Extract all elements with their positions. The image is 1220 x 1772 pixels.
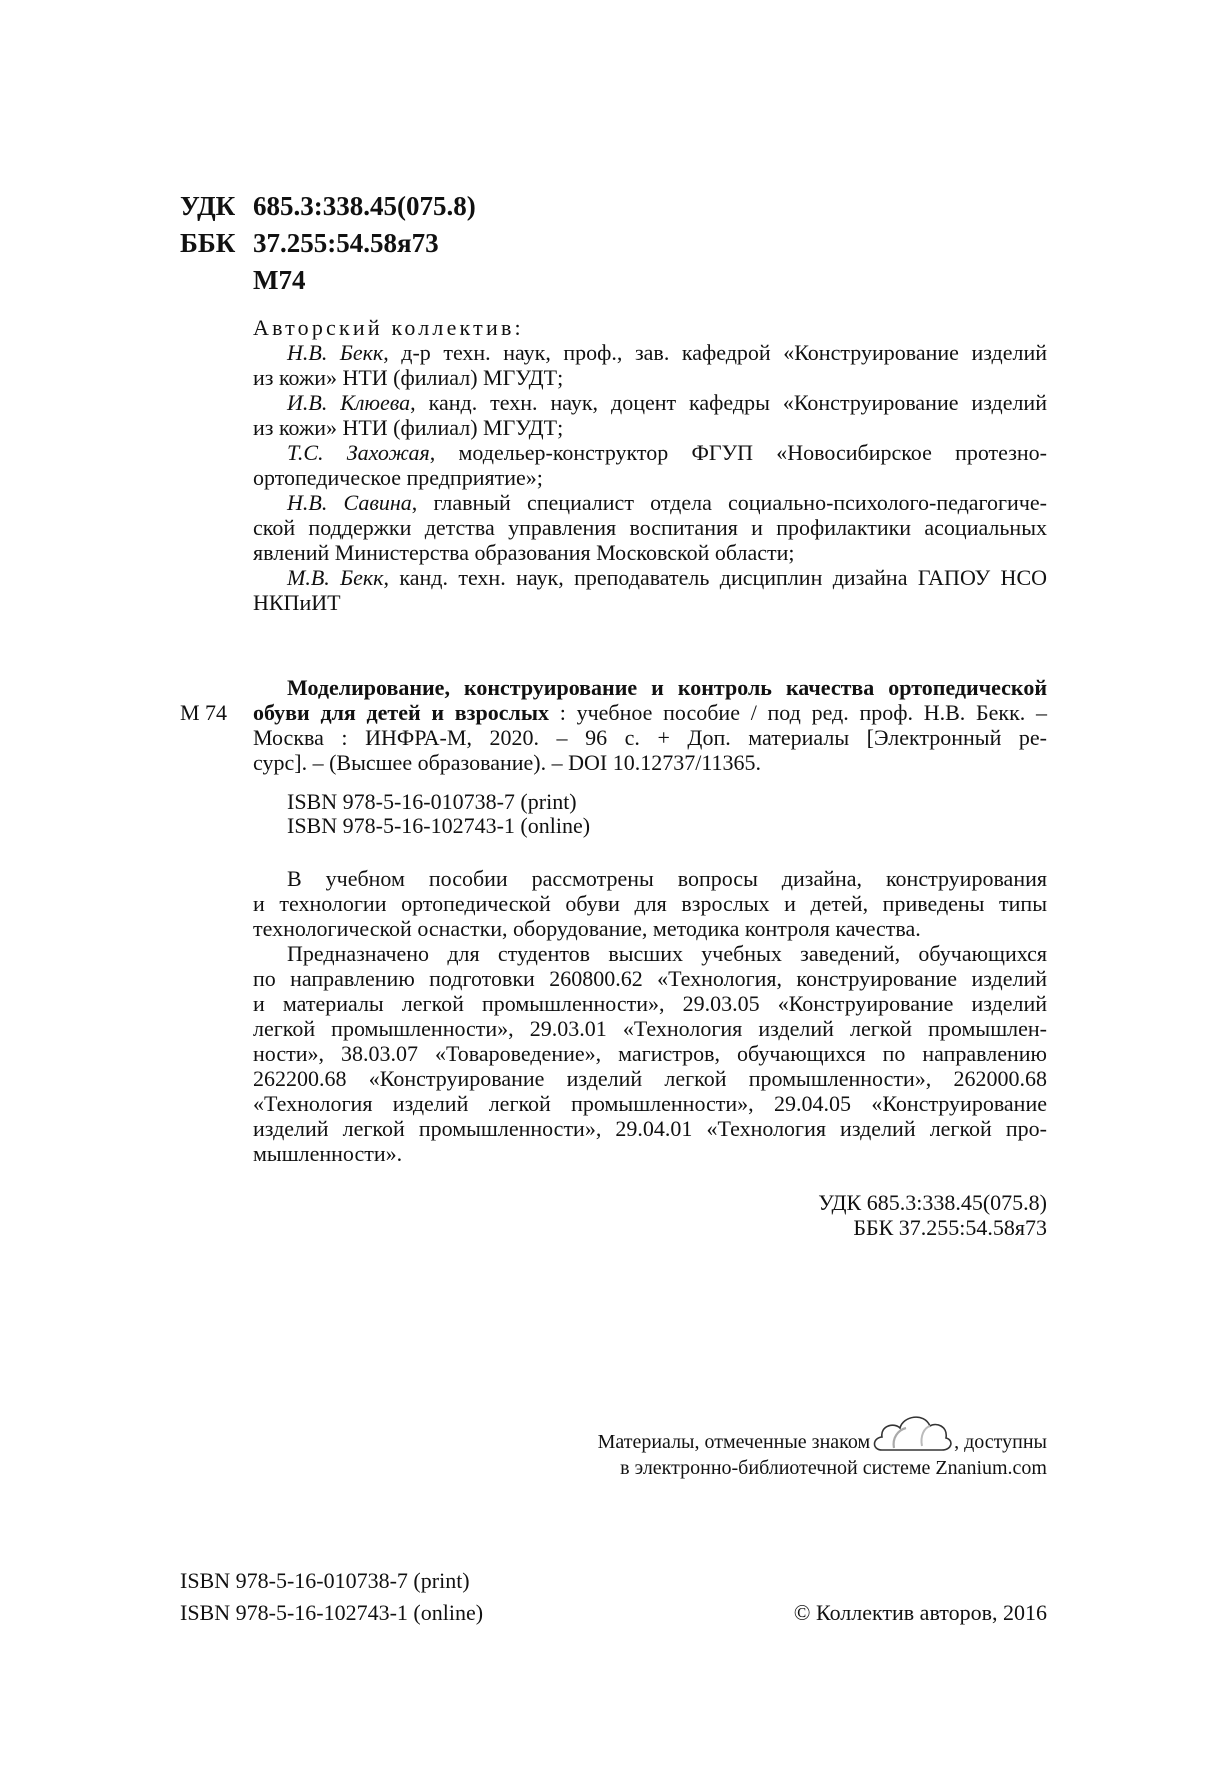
record-title-cont: обуви для детей и взрослых : учебное пос… — [253, 700, 1047, 725]
classification-footer: УДК 685.3:338.45(075.8) ББК 37.255:54.58… — [818, 1190, 1047, 1240]
record-title: Моделирование, конструирование и контрол… — [253, 675, 1047, 700]
author-name: Н.В. Савина — [287, 490, 412, 515]
footer-isbn-print: ISBN 978-5-16-010738-7 (print) — [180, 1565, 483, 1597]
author-entry: Н.В. Бекк, д-р техн. наук, проф., зав. к… — [253, 340, 1047, 365]
abstract-line: В учебном пособии рассмотрены вопросы ди… — [253, 866, 1047, 891]
abstract-line: и материалы легкой промышленности», 29.0… — [253, 991, 1047, 1016]
udk-label: УДК — [180, 187, 235, 225]
bbk-value: 37.255:54.58я73 — [253, 224, 439, 262]
author-entry: М.В. Бекк, канд. техн. наук, преподавате… — [253, 565, 1047, 590]
copyright: © Коллектив авторов, 2016 — [794, 1597, 1047, 1629]
author-name: Т.С. Захожая — [287, 440, 430, 465]
bbk-label: ББК — [180, 224, 235, 262]
abstract-line: 262200.68 «Конструирование изделий легко… — [253, 1066, 1047, 1091]
author-entry-cont: из кожи» НТИ (филиал) МГУДТ; — [253, 415, 1047, 440]
author-entry: И.В. Клюева, канд. техн. наук, доцент ка… — [253, 390, 1047, 415]
author-entry: Т.С. Захожая, модельер-конструктор ФГУП … — [253, 440, 1047, 465]
abstract-line: и технологии ортопедической обуви для вз… — [253, 891, 1047, 916]
author-entry-cont: ортопедическое предприятие»; — [253, 465, 1047, 490]
footer-isbn-online: ISBN 978-5-16-102743-1 (online) — [180, 1597, 483, 1629]
author-name: Н.В. Бекк — [287, 340, 383, 365]
record-mark: М 74 — [180, 700, 227, 725]
abstract-line: мышленности». — [253, 1141, 1047, 1166]
abstract-line: «Технология изделий легкой промышленност… — [253, 1091, 1047, 1116]
isbn-print: ISBN 978-5-16-010738-7 (print) — [253, 789, 1047, 813]
bbk-code: ББК 37.255:54.58я73 — [818, 1215, 1047, 1240]
authors-heading: Авторский коллектив: — [253, 315, 1047, 340]
cloud-note-line1: Материалы, отмеченные знаком, доступны — [598, 1410, 1047, 1455]
abstract-line: легкой промышленности», 29.03.01 «Технол… — [253, 1016, 1047, 1041]
author-entry-cont: из кожи» НТИ (филиал) МГУДТ; — [253, 365, 1047, 390]
author-entry-cont: явлений Министерства образования Московс… — [253, 540, 1047, 565]
author-entry-cont: ской поддержки детства управления воспит… — [253, 515, 1047, 540]
abstract-line: изделий легкой промышленности», 29.04.01… — [253, 1116, 1047, 1141]
udk-code: УДК 685.3:338.45(075.8) — [818, 1190, 1047, 1215]
record-imprint: Москва : ИНФРА-М, 2020. – 96 с. + Доп. м… — [253, 725, 1047, 750]
author-entry-cont: НКПиИТ — [253, 590, 1047, 615]
udk-value: 685.3:338.45(075.8) — [253, 187, 476, 225]
abstract-line: ности», 38.03.07 «Товароведение», магист… — [253, 1041, 1047, 1066]
cloud-icon — [870, 1410, 954, 1454]
author-entry: Н.В. Савина, главный специалист отдела с… — [253, 490, 1047, 515]
abstract: В учебном пособии рассмотрены вопросы ди… — [253, 866, 1047, 1166]
author-name: И.В. Клюева — [287, 390, 410, 415]
cloud-note: Материалы, отмеченные знаком, доступны в… — [598, 1410, 1047, 1481]
footer-isbn: ISBN 978-5-16-010738-7 (print) ISBN 978-… — [180, 1565, 483, 1629]
author-mark: М74 — [253, 261, 305, 299]
author-name: М.В. Бекк — [287, 565, 383, 590]
abstract-line: технологической оснастки, оборудование, … — [253, 916, 1047, 941]
authors-section: Авторский коллектив: Н.В. Бекк, д-р техн… — [253, 315, 1047, 615]
record-series-doi: сурс]. – (Высшее образование). – DOI 10.… — [253, 750, 1047, 775]
abstract-line: по направлению подготовки 260800.62 «Тех… — [253, 966, 1047, 991]
cloud-note-line2: в электронно-библиотечной системе Znaniu… — [598, 1455, 1047, 1481]
bibliographic-record: Моделирование, конструирование и контрол… — [253, 675, 1047, 837]
abstract-line: Предназначено для студентов высших учебн… — [253, 941, 1047, 966]
isbn-online: ISBN 978-5-16-102743-1 (online) — [253, 813, 1047, 837]
